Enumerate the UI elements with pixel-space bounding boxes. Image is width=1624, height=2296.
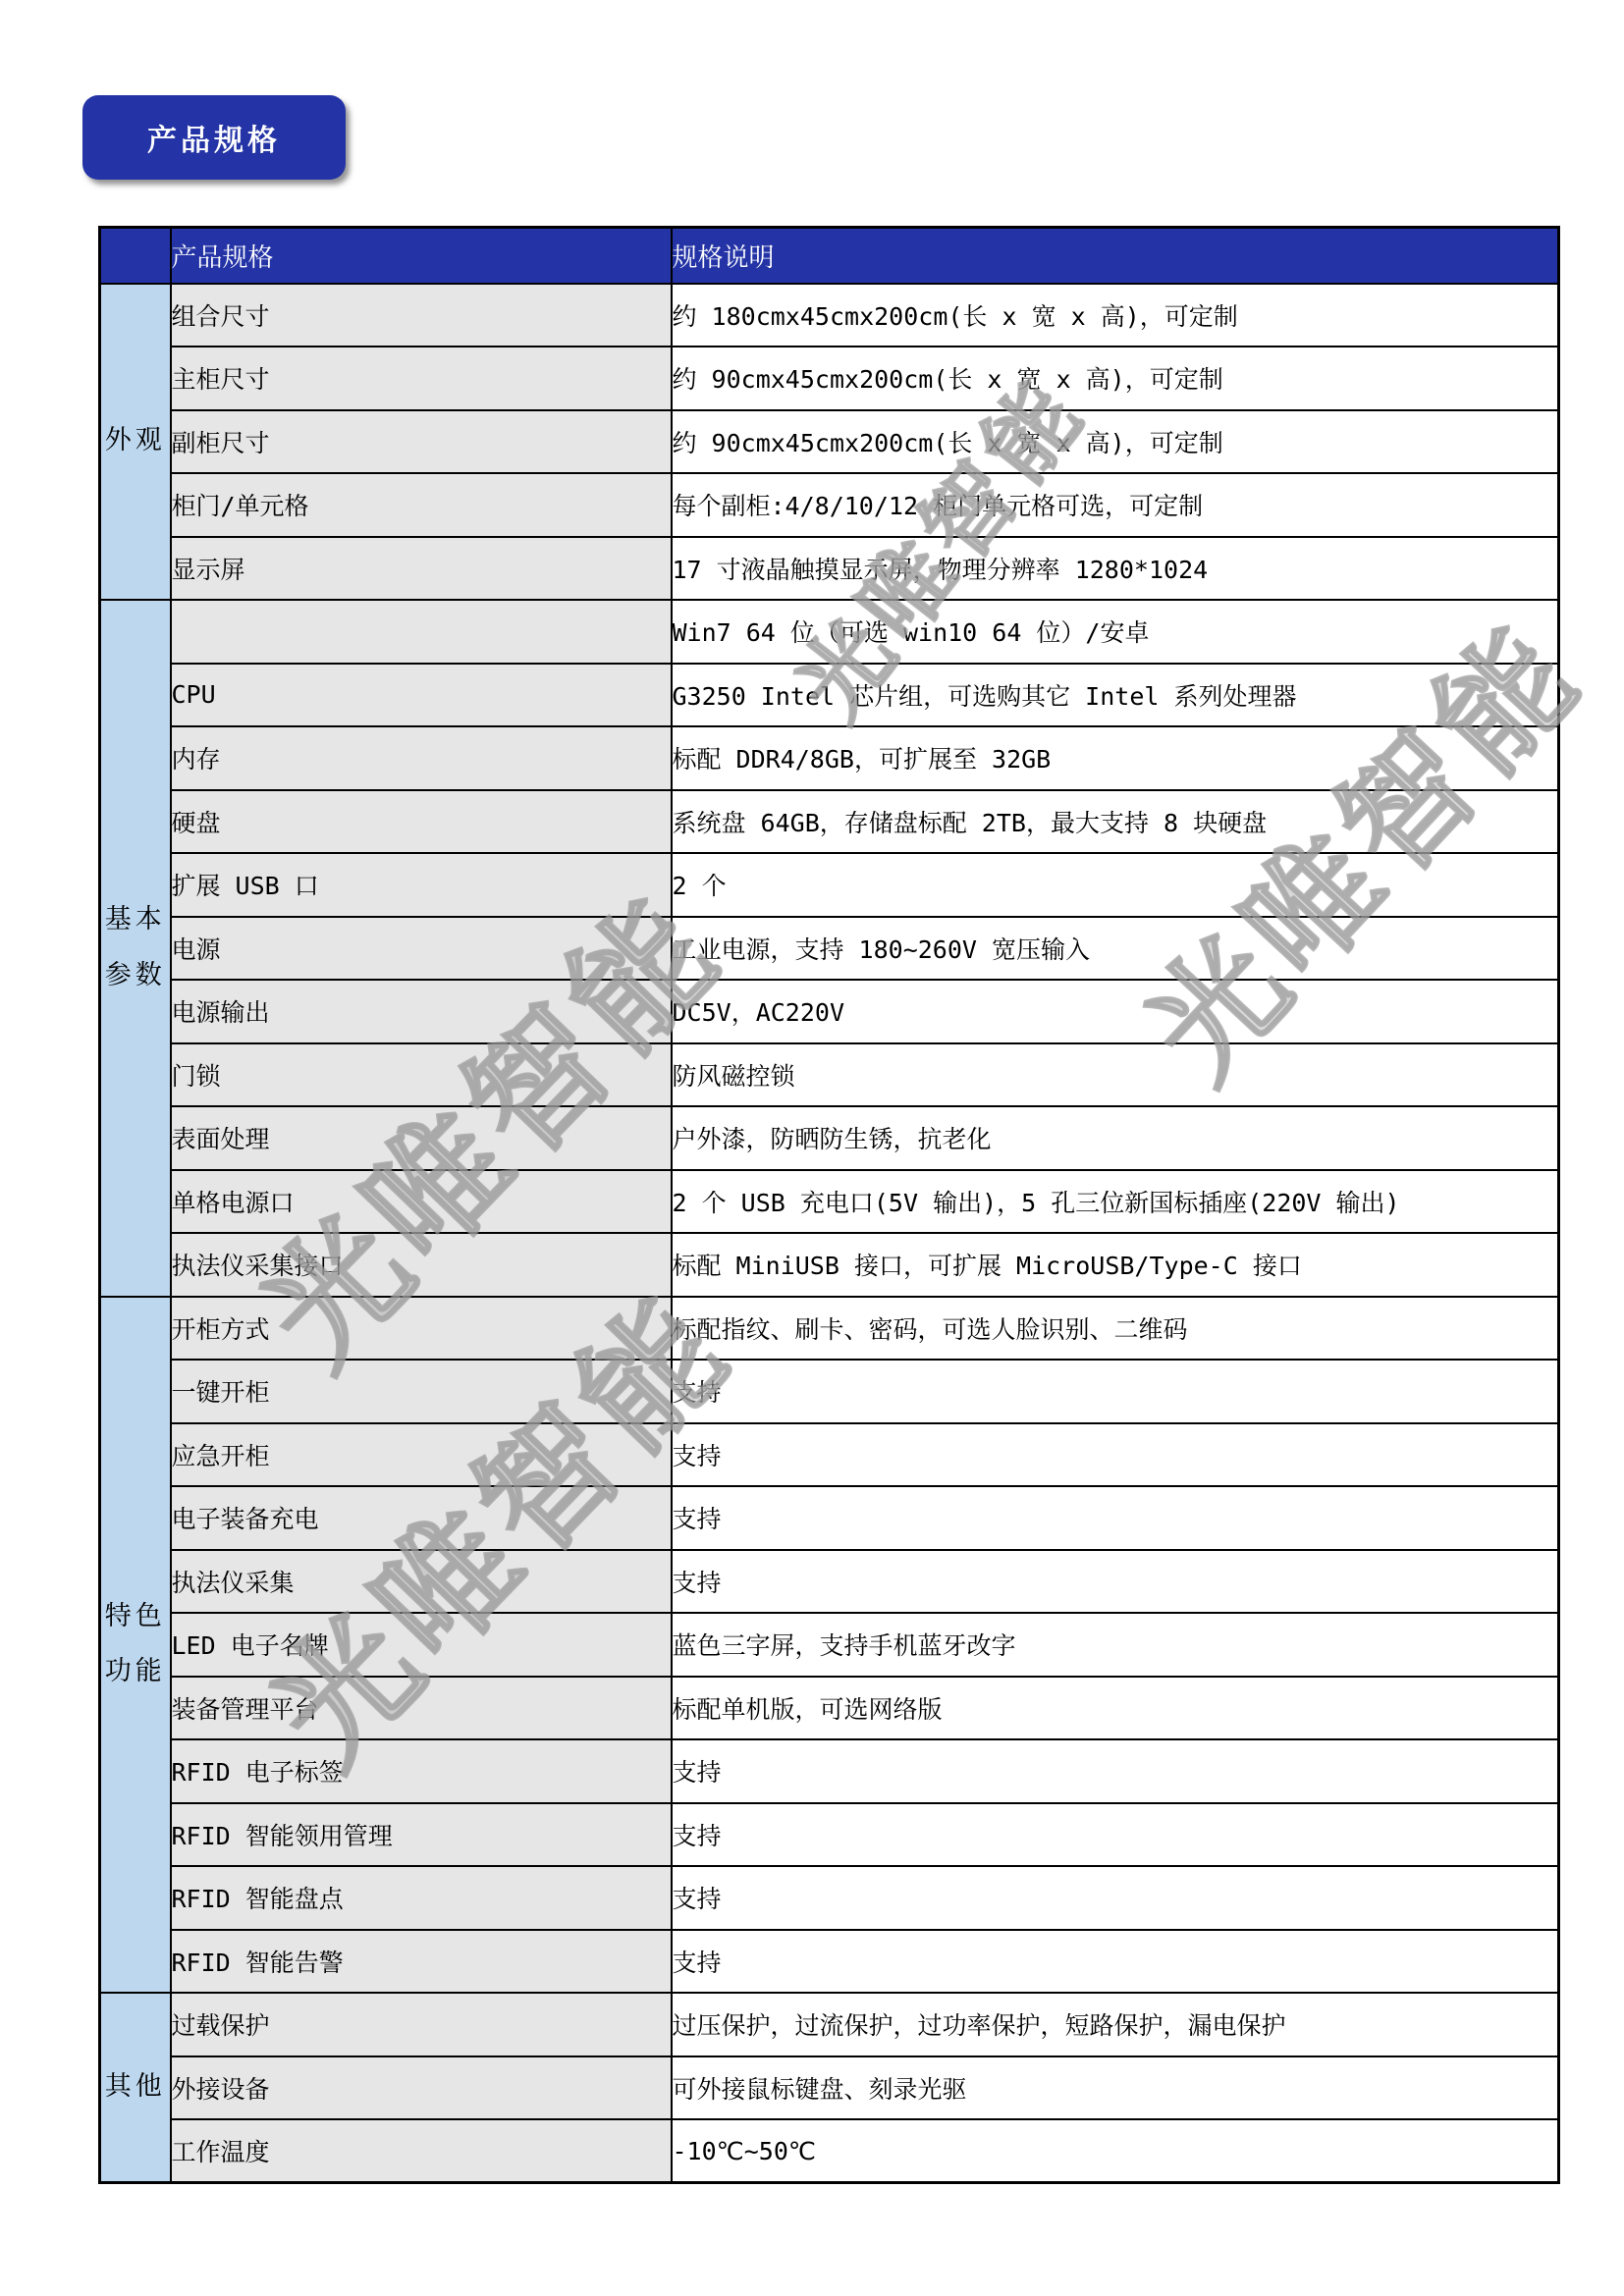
spec-name-cell: 组合尺寸 [171,284,672,347]
spec-name-cell: 外接设备 [171,2056,672,2120]
table-row: 电源工业电源，支持 180~260V 宽压输入 [100,917,1559,981]
spec-desc-cell: 标配指纹、刷卡、密码，可选人脸识别、二维码 [672,1297,1559,1361]
spec-desc-cell: 支持 [672,1739,1559,1803]
spec-desc-cell: 支持 [672,1550,1559,1614]
spec-table-body: 外观组合尺寸约 180cmx45cmx200cm(长 x 宽 x 高)，可定制主… [100,284,1559,2183]
spec-name-cell: 执法仪采集 [171,1550,672,1614]
spec-name-cell: RFID 智能告警 [171,1930,672,1994]
spec-desc-cell: 系统盘 64GB，存储盘标配 2TB，最大支持 8 块硬盘 [672,790,1559,854]
table-row: 外接设备可外接鼠标键盘、刻录光驱 [100,2056,1559,2120]
spec-name-cell: 副柜尺寸 [171,410,672,474]
spec-name-cell: 硬盘 [171,790,672,854]
spec-name-cell: 执法仪采集接口 [171,1233,672,1297]
spec-name-cell [171,600,672,664]
table-row: 工作温度-10℃~50℃ [100,2119,1559,2183]
spec-desc-cell: 支持 [672,1866,1559,1930]
spec-name-cell: 门锁 [171,1043,672,1107]
table-row: 扩展 USB 口2 个 [100,853,1559,917]
spec-name-cell: 开柜方式 [171,1297,672,1361]
spec-desc-cell: 支持 [672,1486,1559,1550]
spec-desc-cell: 支持 [672,1360,1559,1423]
spec-name-cell: 柜门/单元格 [171,473,672,537]
category-line: 特色 [101,1589,170,1645]
spec-desc-cell: 2 个 USB 充电口(5V 输出)，5 孔三位新国标插座(220V 输出) [672,1170,1559,1234]
spec-name-cell: CPU [171,664,672,727]
table-row: 应急开柜支持 [100,1423,1559,1487]
spec-desc-cell: 约 180cmx45cmx200cm(长 x 宽 x 高)，可定制 [672,284,1559,347]
spec-desc-cell: DC5V，AC220V [672,980,1559,1043]
spec-desc-cell: 蓝色三字屏，支持手机蓝牙改字 [672,1613,1559,1677]
table-row: 电源输出DC5V，AC220V [100,980,1559,1043]
category-line: 基本 [101,892,170,948]
table-row: 门锁防风磁控锁 [100,1043,1559,1107]
spec-desc-cell: 工业电源，支持 180~260V 宽压输入 [672,917,1559,981]
table-row: CPUG3250 Intel 芯片组，可选购其它 Intel 系列处理器 [100,664,1559,727]
table-row: RFID 智能领用管理支持 [100,1803,1559,1867]
spec-name-cell: 主柜尺寸 [171,347,672,410]
spec-desc-cell: 每个副柜:4/8/10/12 柜门单元格可选，可定制 [672,473,1559,537]
spec-name-cell: 装备管理平台 [171,1677,672,1740]
spec-desc-cell: 户外漆，防晒防生锈，抗老化 [672,1106,1559,1170]
table-row: 硬盘系统盘 64GB，存储盘标配 2TB，最大支持 8 块硬盘 [100,790,1559,854]
spec-name-cell: 一键开柜 [171,1360,672,1423]
spec-desc-cell: 约 90cmx45cmx200cm(长 x 宽 x 高)，可定制 [672,347,1559,410]
table-row: 内存标配 DDR4/8GB，可扩展至 32GB [100,726,1559,790]
category-cell: 其他 [100,1993,171,2183]
spec-name-cell: 过载保护 [171,1993,672,2056]
product-spec-badge: 产品规格 [82,95,346,180]
spec-desc-cell: 支持 [672,1930,1559,1994]
spec-desc-cell: 支持 [672,1803,1559,1867]
spec-desc-cell: 支持 [672,1423,1559,1487]
spec-name-cell: 电子装备充电 [171,1486,672,1550]
category-cell: 外观 [100,284,171,601]
table-header-corner [100,228,171,284]
table-row: 主柜尺寸约 90cmx45cmx200cm(长 x 宽 x 高)，可定制 [100,347,1559,410]
table-row: RFID 智能盘点支持 [100,1866,1559,1930]
category-line: 其他 [101,2059,170,2115]
table-row: 其他过载保护过压保护，过流保护，过功率保护，短路保护，漏电保护 [100,1993,1559,2056]
table-row: 执法仪采集支持 [100,1550,1559,1614]
spec-desc-cell: 过压保护，过流保护，过功率保护，短路保护，漏电保护 [672,1993,1559,2056]
spec-name-cell: 内存 [171,726,672,790]
table-row: 一键开柜支持 [100,1360,1559,1423]
spec-desc-cell: 可外接鼠标键盘、刻录光驱 [672,2056,1559,2120]
spec-desc-cell: 防风磁控锁 [672,1043,1559,1107]
spec-name-cell: 电源 [171,917,672,981]
table-header-row: 产品规格 规格说明 [100,228,1559,284]
table-row: 副柜尺寸约 90cmx45cmx200cm(长 x 宽 x 高)，可定制 [100,410,1559,474]
table-row: 表面处理户外漆，防晒防生锈，抗老化 [100,1106,1559,1170]
table-row: RFID 智能告警支持 [100,1930,1559,1994]
table-row: 电子装备充电支持 [100,1486,1559,1550]
category-line: 参数 [101,948,170,1004]
table-row: 特色功能开柜方式标配指纹、刷卡、密码，可选人脸识别、二维码 [100,1297,1559,1361]
table-header-desc: 规格说明 [672,228,1559,284]
table-row: LED 电子名牌蓝色三字屏，支持手机蓝牙改字 [100,1613,1559,1677]
table-row: 外观组合尺寸约 180cmx45cmx200cm(长 x 宽 x 高)，可定制 [100,284,1559,347]
spec-name-cell: RFID 智能盘点 [171,1866,672,1930]
spec-name-cell: 扩展 USB 口 [171,853,672,917]
spec-name-cell: 单格电源口 [171,1170,672,1234]
table-row: 显示屏17 寸液晶触摸显示屏，物理分辨率 1280*1024 [100,537,1559,601]
spec-desc-cell: 2 个 [672,853,1559,917]
table-row: 柜门/单元格每个副柜:4/8/10/12 柜门单元格可选，可定制 [100,473,1559,537]
spec-name-cell: 表面处理 [171,1106,672,1170]
spec-name-cell: 电源输出 [171,980,672,1043]
category-cell: 特色功能 [100,1297,171,1994]
category-cell: 基本参数 [100,600,171,1297]
spec-name-cell: 工作温度 [171,2119,672,2183]
spec-desc-cell: 17 寸液晶触摸显示屏，物理分辨率 1280*1024 [672,537,1559,601]
category-line: 功能 [101,1644,170,1700]
spec-name-cell: RFID 智能领用管理 [171,1803,672,1867]
table-header-spec: 产品规格 [171,228,672,284]
table-row: 装备管理平台标配单机版，可选网络版 [100,1677,1559,1740]
spec-name-cell: 显示屏 [171,537,672,601]
spec-desc-cell: 约 90cmx45cmx200cm(长 x 宽 x 高)，可定制 [672,410,1559,474]
category-line: 外观 [101,413,170,469]
spec-name-cell: LED 电子名牌 [171,1613,672,1677]
spec-name-cell: RFID 电子标签 [171,1739,672,1803]
spec-desc-cell: 标配 MiniUSB 接口，可扩展 MicroUSB/Type-C 接口 [672,1233,1559,1297]
spec-desc-cell: 标配 DDR4/8GB，可扩展至 32GB [672,726,1559,790]
table-row: 基本参数Win7 64 位（可选 win10 64 位）/安卓 [100,600,1559,664]
table-row: RFID 电子标签支持 [100,1739,1559,1803]
spec-name-cell: 应急开柜 [171,1423,672,1487]
table-row: 执法仪采集接口标配 MiniUSB 接口，可扩展 MicroUSB/Type-C… [100,1233,1559,1297]
table-row: 单格电源口2 个 USB 充电口(5V 输出)，5 孔三位新国标插座(220V … [100,1170,1559,1234]
spec-desc-cell: G3250 Intel 芯片组，可选购其它 Intel 系列处理器 [672,664,1559,727]
spec-desc-cell: Win7 64 位（可选 win10 64 位）/安卓 [672,600,1559,664]
spec-table: 产品规格 规格说明 外观组合尺寸约 180cmx45cmx200cm(长 x 宽… [98,226,1560,2184]
spec-desc-cell: -10℃~50℃ [672,2119,1559,2183]
spec-desc-cell: 标配单机版，可选网络版 [672,1677,1559,1740]
